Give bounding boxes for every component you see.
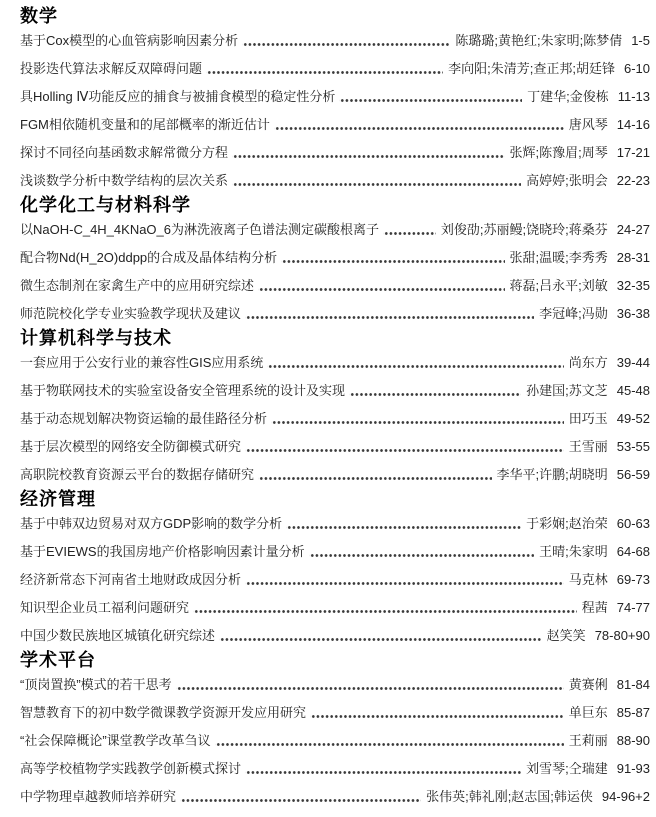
article-title: 中国少数民族地区城镇化研究综述: [20, 622, 215, 650]
article-title: 智慧教育下的初中数学微课教学资源开发应用研究: [20, 699, 306, 727]
article-authors: 刘雪琴;仝瑞建: [526, 755, 608, 783]
section-heading: 化学化工与材料科学: [20, 195, 650, 216]
article-page-range: 45-48: [617, 377, 650, 405]
article-authors: 王雪丽: [569, 433, 608, 461]
article-page-range: 17-21: [617, 139, 650, 167]
toc-entry: 微生态制剂在家禽生产中的应用研究综述 蒋磊;吕永平;刘敏 32-35: [20, 272, 650, 300]
article-page-range: 91-93: [617, 755, 650, 783]
article-page-range: 53-55: [617, 433, 650, 461]
toc-entry: 智慧教育下的初中数学微课教学资源开发应用研究 单巨东 85-87: [20, 699, 650, 727]
dot-leader: [180, 783, 421, 811]
article-title: 基于EVIEWS的我国房地产价格影响因素计量分析: [20, 538, 305, 566]
article-page-range: 81-84: [617, 671, 650, 699]
toc-entry: 基于动态规划解决物资运输的最佳路径分析 田巧玉 49-52: [20, 405, 650, 433]
dot-leader: [245, 433, 564, 461]
toc-entry: 配合物Nd(H_2O)ddpp的合成及晶体结构分析 张甜;温暖;李秀秀 28-3…: [20, 244, 650, 272]
dot-leader: [271, 405, 564, 433]
toc-entry: FGM相依随机变量和的尾部概率的渐近估计 唐风琴 14-16: [20, 111, 650, 139]
toc-entry: 投影迭代算法求解反双障碍问题 李向阳;朱清芳;查正邦;胡廷锋 6-10: [20, 55, 650, 83]
article-page-range: 32-35: [617, 272, 650, 300]
article-title: 师范院校化学专业实验教学现状及建议: [20, 300, 241, 328]
article-title: 浅谈数学分析中数学结构的层次关系: [20, 167, 228, 195]
dot-leader: [274, 111, 564, 139]
toc-entry: “顶岗置换”模式的若干思考 黄赛俐 81-84: [20, 671, 650, 699]
article-page-range: 6-10: [624, 55, 650, 83]
article-authors: 于彩娴;赵治荣: [526, 510, 608, 538]
toc-entry: 基于Cox模型的心血管病影响因素分析 陈璐璐;黄艳红;朱家明;陈梦倩 1-5: [20, 27, 650, 55]
article-authors: 赵笑笑: [547, 622, 586, 650]
article-page-range: 28-31: [617, 244, 650, 272]
toc-section: 经济管理 基于中韩双边贸易对双方GDP影响的数学分析 于彩娴;赵治荣 60-63…: [20, 489, 650, 650]
toc-entry: “社会保障概论”课堂教学改革刍议 王莉丽 88-90: [20, 727, 650, 755]
toc-entry: 中学物理卓越教师培养研究 张伟英;韩礼刚;赵志国;韩运侠 94-96+2: [20, 783, 650, 811]
dot-leader: [286, 510, 521, 538]
article-page-range: 85-87: [617, 699, 650, 727]
article-title: FGM相依随机变量和的尾部概率的渐近估计: [20, 111, 270, 139]
article-authors: 陈璐璐;黄艳红;朱家明;陈梦倩: [455, 27, 622, 55]
toc-section: 化学化工与材料科学 以NaOH-C_4H_4KNaO_6为淋洗液离子色谱法测定碳…: [20, 195, 650, 328]
article-title: 基于物联网技术的实验室设备安全管理系统的设计及实现: [20, 377, 345, 405]
article-authors: 高婷婷;张明会: [526, 167, 608, 195]
article-authors: 程茜: [582, 594, 608, 622]
toc-entry: 基于中韩双边贸易对双方GDP影响的数学分析 于彩娴;赵治荣 60-63: [20, 510, 650, 538]
article-page-range: 74-77: [617, 594, 650, 622]
article-title: 投影迭代算法求解反双障碍问题: [20, 55, 202, 83]
article-title: 配合物Nd(H_2O)ddpp的合成及晶体结构分析: [20, 244, 277, 272]
dot-leader: [267, 349, 563, 377]
article-page-range: 78-80+90: [595, 622, 650, 650]
toc-entry: 高职院校教育资源云平台的数据存储研究 李华平;许鹏;胡晓明 56-59: [20, 461, 650, 489]
dot-leader: [245, 300, 534, 328]
article-authors: 丁建华;金俊栋: [527, 83, 609, 111]
article-authors: 蒋磊;吕永平;刘敏: [510, 272, 608, 300]
article-title: 经济新常态下河南省土地财政成因分析: [20, 566, 241, 594]
article-title: 中学物理卓越教师培养研究: [20, 783, 176, 811]
article-title: 以NaOH-C_4H_4KNaO_6为淋洗液离子色谱法测定碳酸根离子: [20, 216, 379, 244]
dot-leader: [232, 167, 521, 195]
toc-entry: 探讨不同径向基函数求解常微分方程 张辉;陈豫眉;周琴 17-21: [20, 139, 650, 167]
section-heading: 数学: [20, 6, 650, 27]
dot-leader: [245, 755, 521, 783]
article-authors: 李华平;许鹏;胡晓明: [497, 461, 608, 489]
section-heading: 计算机科学与技术: [20, 328, 650, 349]
article-authors: 李冠峰;冯勋: [539, 300, 608, 328]
journal-toc-page: 数学 基于Cox模型的心血管病影响因素分析 陈璐璐;黄艳红;朱家明;陈梦倩 1-…: [0, 0, 656, 817]
dot-leader: [176, 671, 564, 699]
dot-leader: [245, 566, 564, 594]
article-authors: 刘俊劭;苏丽鳗;饶晓玲;蒋桑芬: [441, 216, 608, 244]
article-title: 基于动态规划解决物资运输的最佳路径分析: [20, 405, 267, 433]
article-page-range: 49-52: [617, 405, 650, 433]
article-title: 一套应用于公安行业的兼容性GIS应用系统: [20, 349, 263, 377]
dot-leader: [258, 461, 492, 489]
article-title: 微生态制剂在家禽生产中的应用研究综述: [20, 272, 254, 300]
article-page-range: 64-68: [617, 538, 650, 566]
article-authors: 孙建国;苏文芝: [526, 377, 608, 405]
article-title: 具Holling Ⅳ功能反应的捕食与被捕食模型的稳定性分析: [20, 83, 335, 111]
article-title: 基于层次模型的网络安全防御模式研究: [20, 433, 241, 461]
toc-entry: 基于EVIEWS的我国房地产价格影响因素计量分析 王晴;朱家明 64-68: [20, 538, 650, 566]
dot-leader: [232, 139, 505, 167]
article-page-range: 24-27: [617, 216, 650, 244]
toc-entry: 基于物联网技术的实验室设备安全管理系统的设计及实现 孙建国;苏文芝 45-48: [20, 377, 650, 405]
article-page-range: 14-16: [617, 111, 650, 139]
toc-section: 数学 基于Cox模型的心血管病影响因素分析 陈璐璐;黄艳红;朱家明;陈梦倩 1-…: [20, 6, 650, 195]
dot-leader: [281, 244, 504, 272]
toc-entry: 高等学校植物学实践教学创新模式探讨 刘雪琴;仝瑞建 91-93: [20, 755, 650, 783]
article-page-range: 69-73: [617, 566, 650, 594]
dot-leader: [219, 622, 542, 650]
toc-entry: 以NaOH-C_4H_4KNaO_6为淋洗液离子色谱法测定碳酸根离子 刘俊劭;苏…: [20, 216, 650, 244]
article-page-range: 11-13: [618, 83, 650, 111]
dot-leader: [339, 83, 522, 111]
article-authors: 王晴;朱家明: [539, 538, 608, 566]
dot-leader: [383, 216, 436, 244]
toc-entry: 基于层次模型的网络安全防御模式研究 王雪丽 53-55: [20, 433, 650, 461]
article-page-range: 36-38: [617, 300, 650, 328]
article-authors: 单巨东: [569, 699, 608, 727]
toc-entry: 中国少数民族地区城镇化研究综述 赵笑笑 78-80+90: [20, 622, 650, 650]
article-title: 探讨不同径向基函数求解常微分方程: [20, 139, 228, 167]
article-authors: 王莉丽: [569, 727, 608, 755]
toc-entry: 经济新常态下河南省土地财政成因分析 马克林 69-73: [20, 566, 650, 594]
section-heading: 经济管理: [20, 489, 650, 510]
dot-leader: [206, 55, 443, 83]
dot-leader: [258, 272, 505, 300]
dot-leader: [310, 699, 564, 727]
article-page-range: 22-23: [617, 167, 650, 195]
toc-section: 计算机科学与技术 一套应用于公安行业的兼容性GIS应用系统 尚东方 39-44 …: [20, 328, 650, 489]
toc-entry: 具Holling Ⅳ功能反应的捕食与被捕食模型的稳定性分析 丁建华;金俊栋 11…: [20, 83, 650, 111]
article-page-range: 88-90: [617, 727, 650, 755]
article-page-range: 56-59: [617, 461, 650, 489]
dot-leader: [193, 594, 577, 622]
toc-entry: 浅谈数学分析中数学结构的层次关系 高婷婷;张明会 22-23: [20, 167, 650, 195]
article-title: “顶岗置换”模式的若干思考: [20, 671, 172, 699]
section-heading: 学术平台: [20, 650, 650, 671]
article-page-range: 39-44: [617, 349, 650, 377]
article-page-range: 1-5: [631, 27, 650, 55]
article-authors: 张辉;陈豫眉;周琴: [510, 139, 608, 167]
article-page-range: 94-96+2: [602, 783, 650, 811]
article-title: 高等学校植物学实践教学创新模式探讨: [20, 755, 241, 783]
article-authors: 李向阳;朱清芳;查正邦;胡廷锋: [448, 55, 615, 83]
article-title: 高职院校教育资源云平台的数据存储研究: [20, 461, 254, 489]
article-authors: 张甜;温暖;李秀秀: [510, 244, 608, 272]
article-authors: 马克林: [569, 566, 608, 594]
article-title: “社会保障概论”课堂教学改革刍议: [20, 727, 211, 755]
article-page-range: 60-63: [617, 510, 650, 538]
dot-leader: [242, 27, 450, 55]
article-title: 知识型企业员工福利问题研究: [20, 594, 189, 622]
dot-leader: [309, 538, 535, 566]
article-authors: 尚东方: [569, 349, 608, 377]
article-authors: 田巧玉: [569, 405, 608, 433]
article-authors: 张伟英;韩礼刚;赵志国;韩运侠: [426, 783, 593, 811]
toc-entry: 一套应用于公安行业的兼容性GIS应用系统 尚东方 39-44: [20, 349, 650, 377]
dot-leader: [349, 377, 521, 405]
article-authors: 唐风琴: [569, 111, 608, 139]
toc-entry: 师范院校化学专业实验教学现状及建议 李冠峰;冯勋 36-38: [20, 300, 650, 328]
article-title: 基于中韩双边贸易对双方GDP影响的数学分析: [20, 510, 282, 538]
toc-section: 学术平台 “顶岗置换”模式的若干思考 黄赛俐 81-84 智慧教育下的初中数学微…: [20, 650, 650, 811]
article-authors: 黄赛俐: [569, 671, 608, 699]
article-title: 基于Cox模型的心血管病影响因素分析: [20, 27, 238, 55]
toc-entry: 知识型企业员工福利问题研究 程茜 74-77: [20, 594, 650, 622]
dot-leader: [215, 727, 564, 755]
